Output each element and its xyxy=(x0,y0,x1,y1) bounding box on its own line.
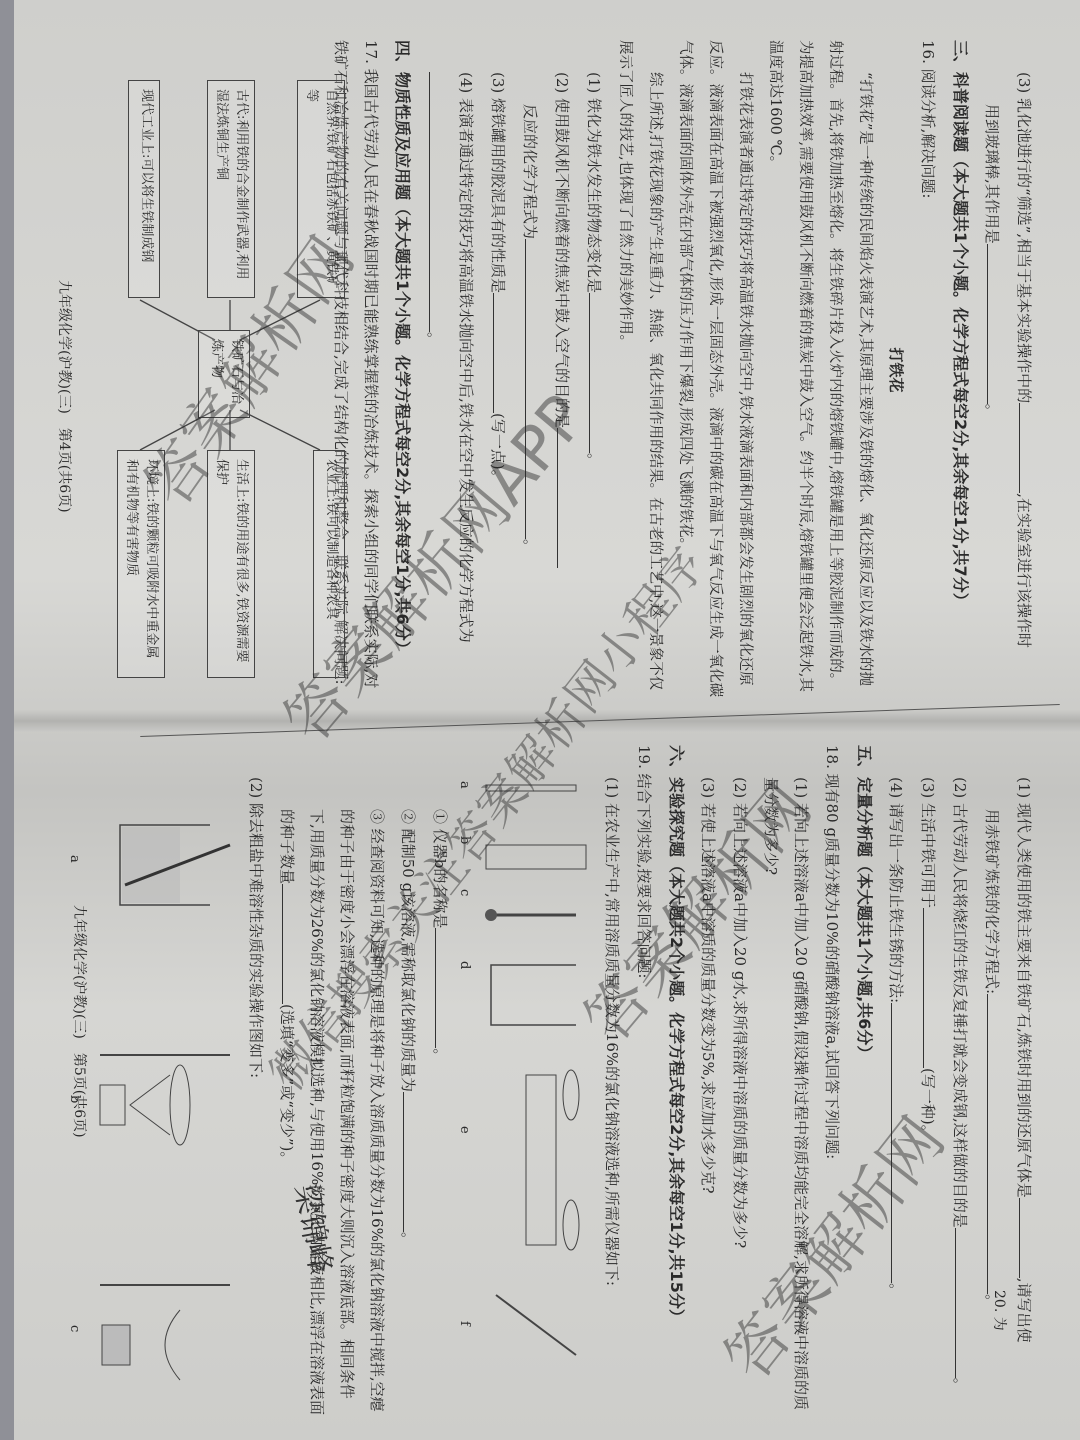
article-paragraph-1: “打铁花”是一种传统的民间焰火表演艺术,其原理主要涉及铁的熔化、氧化还原反应以及… xyxy=(760,40,880,700)
answer-blank[interactable] xyxy=(525,239,544,539)
article-paragraph-3: 综上所述,打铁花现象的产生是重力、热能、氧化共同作用的结果。在古老的工艺中,这一… xyxy=(610,40,670,700)
answer-blank[interactable] xyxy=(1019,403,1038,493)
answer-blank[interactable] xyxy=(429,72,448,332)
instrument-row: a b c d e f xyxy=(456,745,596,1415)
beaker-icon xyxy=(491,965,576,1025)
article-title: 打铁花 xyxy=(880,40,912,700)
flow-center-box: 铁矿石与冶炼产物 xyxy=(198,330,250,418)
q16-2-cont: 反应的化学方程式为。 xyxy=(514,40,546,700)
flow-box-environment: 环境上:铁的颗粒可吸附水中重金属和有机物等有害物质 xyxy=(117,450,165,678)
page-5-footer: 九年级化学(沪教)(三) 第5页(共6页) xyxy=(63,905,95,1138)
flow-box-life: 生活上:铁的用途有很多,铁资源需要保护 xyxy=(207,450,255,678)
section-4-heading: 四、物质性质及应用题（本大题共1个小题。化学方程式每空2分,其余每空1分,共6分… xyxy=(386,40,418,700)
q18-text: 18. 现有80 g质量分数为10%的硝酸钠溶液a,试回答下列问题: xyxy=(816,745,848,1415)
glass-rod-icon xyxy=(486,785,576,791)
q17-2: (2) 古代劳动人民将烧红的生铁反复捶打就会变成钢,这样做的目的是。 xyxy=(944,745,976,1415)
answer-blank[interactable] xyxy=(493,293,512,413)
iron-flowchart: 自然界:铁矿石包括赤铁矿、黄铁矿等 古代:利用铁的合金制作武器,利用湿法炼铜生产… xyxy=(90,80,350,680)
q19-2: (2) 除去粗盐中难溶性杂质的实验操作图如下: xyxy=(240,745,272,1415)
q16-intro: 16. 阅读分析,解决问题: xyxy=(912,40,944,700)
answer-blank[interactable] xyxy=(557,428,576,568)
flow-box-agriculture: 农业上:铁可以制造各种农具 xyxy=(313,450,345,678)
answer-blank[interactable] xyxy=(435,928,454,1048)
answer-blank[interactable] xyxy=(589,293,608,453)
q18-2: (2) 若向上述溶液a中加入20 g水,求所得溶液中溶质的质量分数为多少? xyxy=(724,745,756,1415)
q15-3-line1: (3) 乳化池进行的“筛选”,相当于基本实验操作中的,在实验室进行该操作时 xyxy=(1008,40,1040,700)
answer-blank[interactable] xyxy=(987,994,1006,1294)
q19-text: 19. 结合下列实验,按要求回答问题: xyxy=(628,745,660,1415)
spatula-icon xyxy=(496,1295,576,1355)
balance-icon xyxy=(526,1075,556,1245)
q19-1-2: ② 配制50 g该溶液,需称取氯化钠的质量为。 xyxy=(392,745,424,1415)
q16-3: (3) 熔铁罐用的胶泥具有的性质是(写一点)。 xyxy=(482,40,514,700)
page-5: (1) 现代人类使用的铁主要来自铁矿石,炼铁时用到的还原气体是,请写出使 用赤铁… xyxy=(50,745,1040,1415)
q18-1: (1) 若向上述溶液a中加入20 g硝酸钠,假设操作过程中溶质均能完全溶解,求所… xyxy=(756,745,816,1415)
article-paragraph-2: 打铁花表演者通过特定的技巧将高温铁水抛向空中,铁水液滴表面和内部都会发生剧烈的氧… xyxy=(670,40,760,700)
q17-1: (1) 现代人类使用的铁主要来自铁矿石,炼铁时用到的还原气体是,请写出使 xyxy=(1008,745,1040,1415)
page-4-footer: 九年级化学(沪教)(三) 第4页(共6页) xyxy=(48,280,80,513)
flow-box-nature: 自然界:铁矿石包括赤铁矿、黄铁矿等 xyxy=(297,80,345,298)
answer-blank[interactable] xyxy=(891,1003,910,1283)
answer-blank[interactable] xyxy=(923,908,942,1068)
operation-drawings xyxy=(90,805,240,1440)
next-page-fragment: 20. 为 xyxy=(988,1290,1010,1331)
q19-1-1: ① 仪器b的名称是。 xyxy=(424,745,456,1415)
q16-2: (2) 使用鼓风机不断向燃着的焦炭中鼓入空气的目的是 xyxy=(546,40,578,700)
q16-4: (4) 表演者通过特定的技巧将高温铁水抛向空中后,铁水在空中发生反应的化学方程式… xyxy=(418,40,482,700)
q15-3-line2: 用到玻璃棒,其作用是。 xyxy=(976,40,1008,700)
section-6-heading: 六、实验探究题（本大题共2个小题。化学方程式每空2分,其余每空1分,共15分） xyxy=(660,745,692,1415)
q16-1: (1) 铁化为铁水发生的物态变化是。 xyxy=(578,40,610,700)
instrument-drawings xyxy=(476,775,596,1415)
section-3-heading: 三、科普阅读题（本大题共1个小题。化学方程式每空2分,其余每空1分,共7分） xyxy=(944,40,976,700)
answer-blank[interactable] xyxy=(987,244,1006,404)
section-5-heading: 五、定量分析题（本大题共1个小题,共6分） xyxy=(848,745,880,1415)
answer-blank[interactable] xyxy=(1019,1198,1038,1278)
answer-blank[interactable] xyxy=(955,1228,974,1378)
q19-1-3: ③ 经查阅资料可知,选种的原理是将种子放入溶质质量分数为16%的氯化钠溶液中搅拌… xyxy=(272,745,392,1415)
graduated-cylinder-icon xyxy=(486,845,586,869)
q17-4: (4) 请写出一条防止铁生锈的方法:。 xyxy=(880,745,912,1415)
q17-3: (3) 生活中铁可用于(写一种)。 xyxy=(912,745,944,1415)
operation-row: a b c xyxy=(70,745,240,1415)
answer-blank[interactable] xyxy=(403,1092,422,1232)
q18-3: (3) 若使上述溶液a中溶质的质量分数变为5%,求应加水多少克? xyxy=(692,745,724,1415)
flow-box-ancient: 古代:利用铁的合金制作武器,利用湿法炼铜生产铜 xyxy=(207,80,255,298)
page-4: (3) 乳化池进行的“筛选”,相当于基本实验操作中的,在实验室进行该操作时 用到… xyxy=(50,40,1040,700)
q19-1: (1) 在农业生产中,常用溶质质量分数为16%的氯化钠溶液选种,所需仪器如下: xyxy=(596,745,628,1415)
answer-blank[interactable] xyxy=(282,884,301,1004)
flow-box-modern-industry: 现代工业上:可以将生铁制成钢 xyxy=(128,80,160,298)
